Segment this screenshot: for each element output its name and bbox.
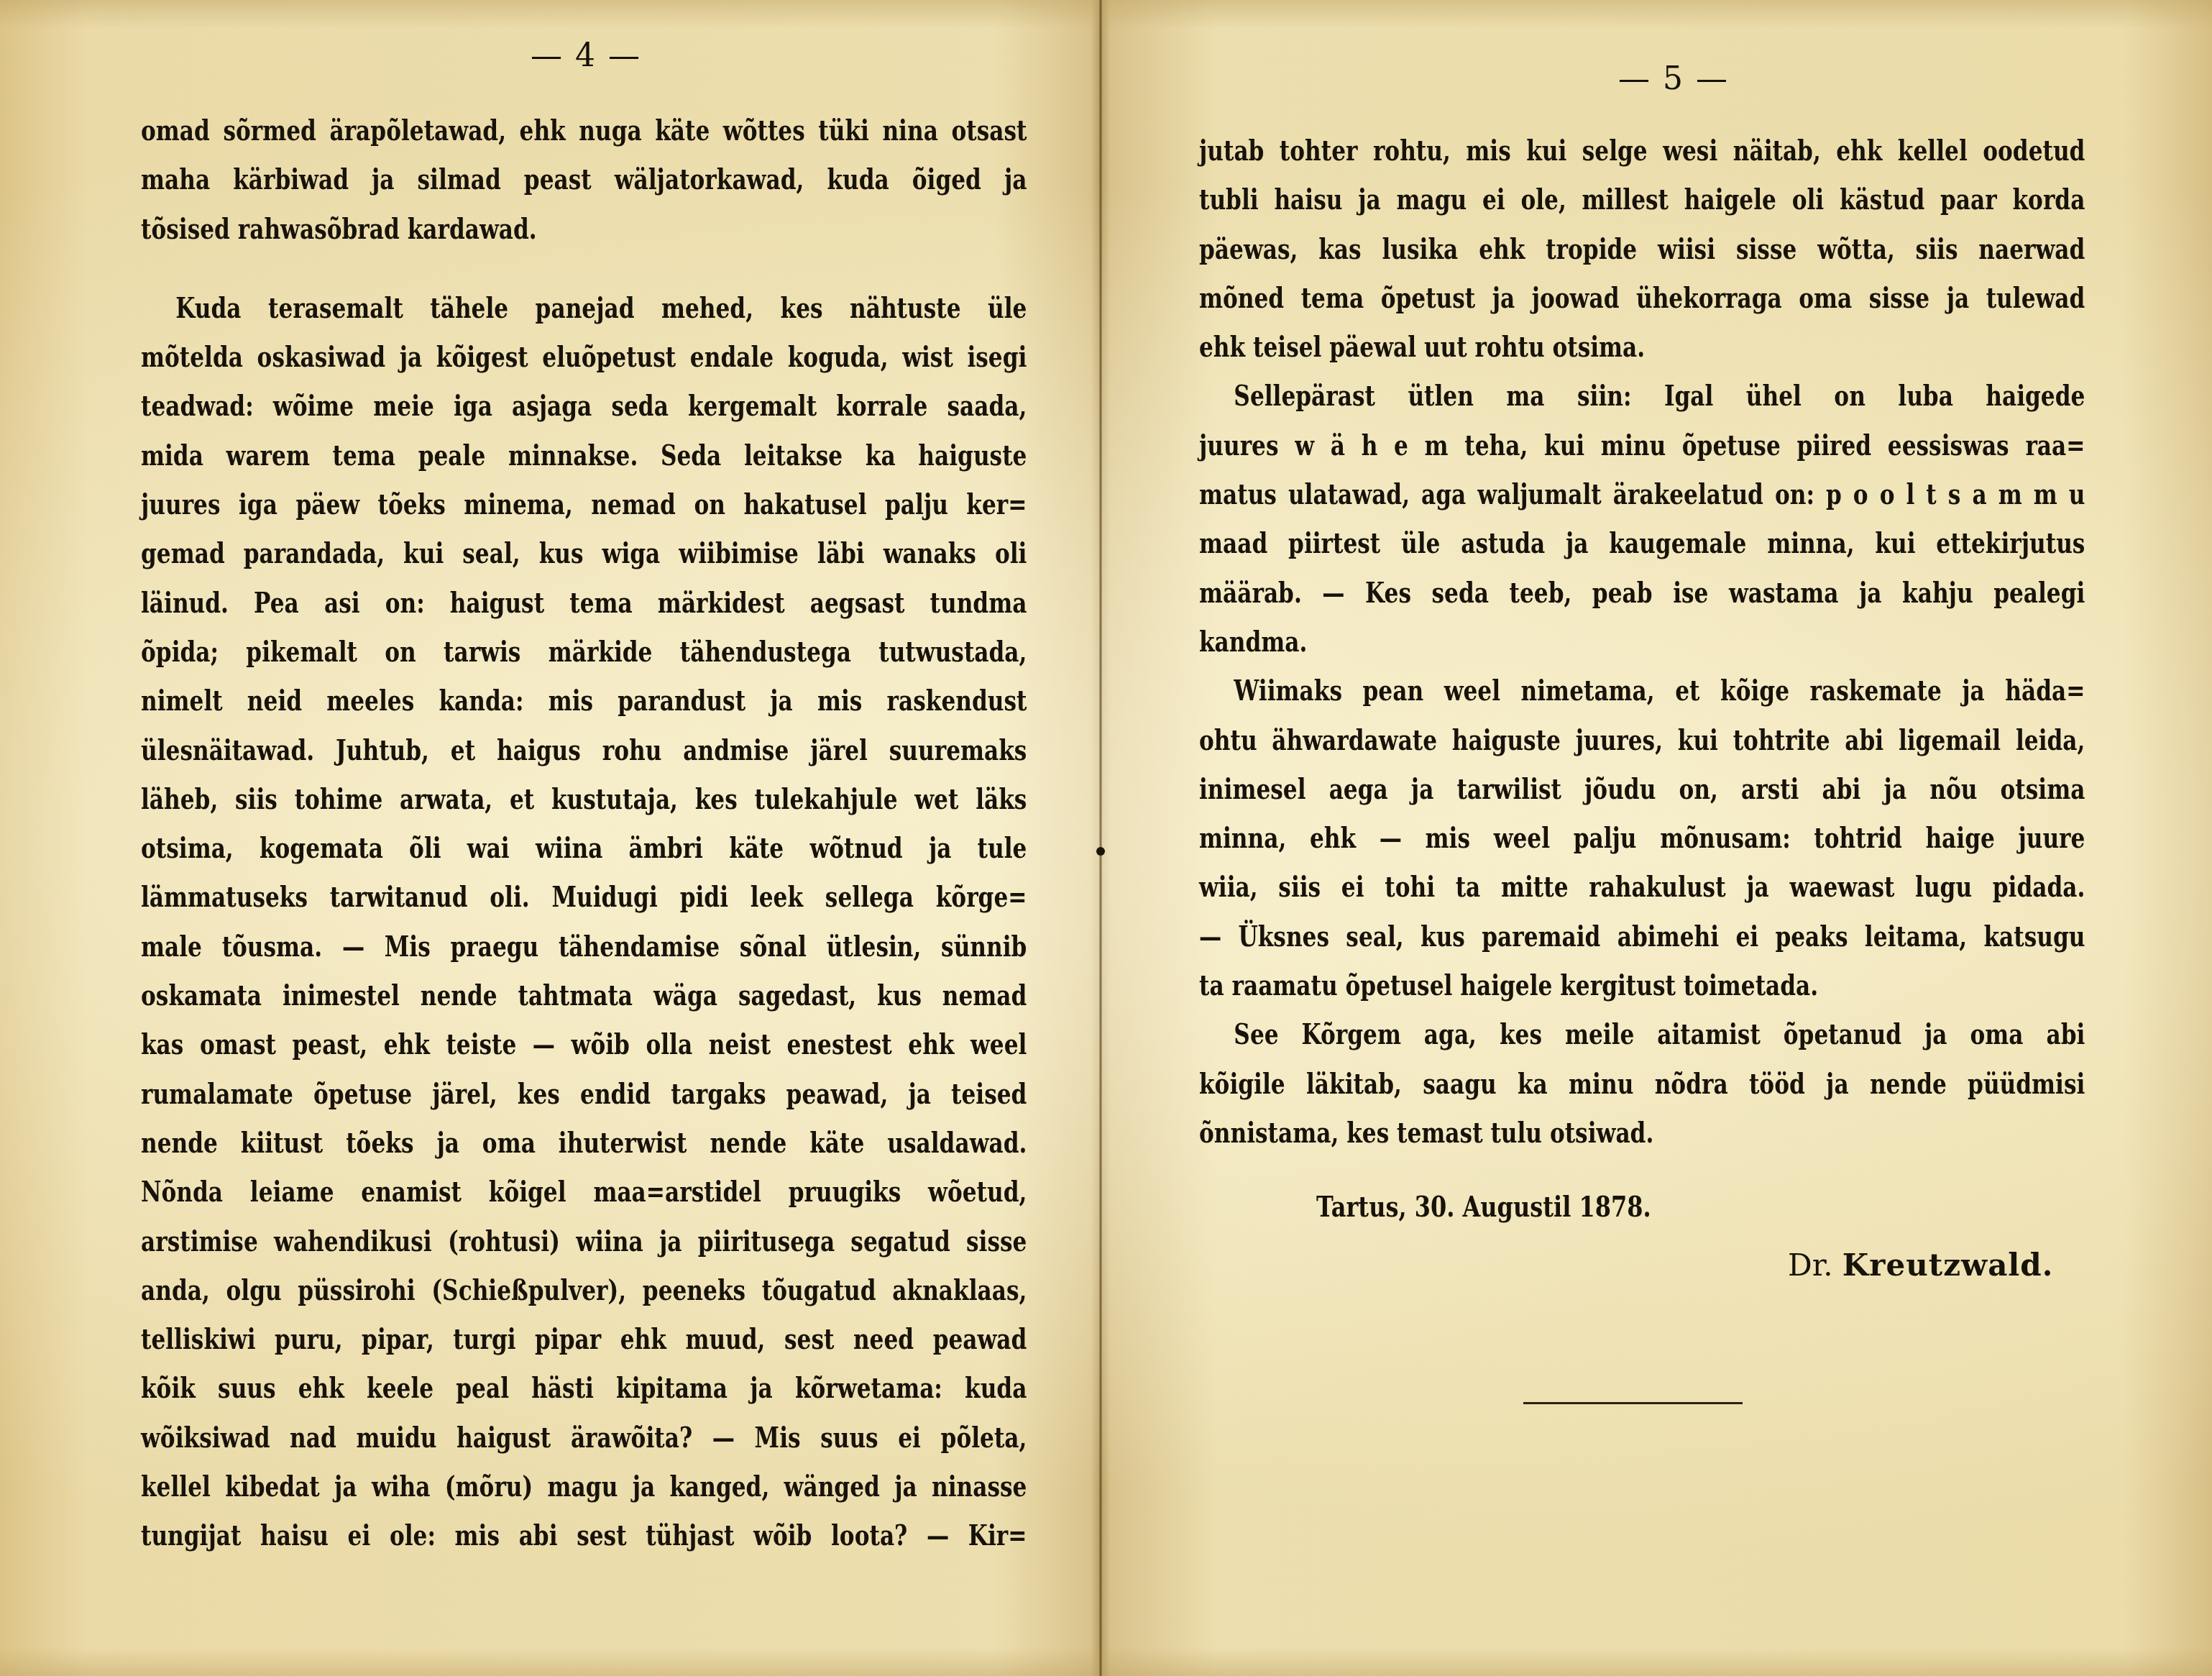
signature-name: Kreutzwald. — [1842, 1247, 2053, 1283]
text-line: jutab tohter rohtu, mis kui selge wesi n… — [1199, 127, 2085, 175]
text-line: lämmatuseks tarwitanud oli. Muidugi pidi… — [141, 873, 1027, 922]
text-line: ta raamatu õpetusel haigele kergitust to… — [1199, 961, 2085, 1010]
text-line: tungijat haisu ei ole: mis abi sest tühj… — [141, 1511, 1027, 1560]
text-line: matus ulatawad, aga waljumalt ärakeelatu… — [1199, 470, 2085, 519]
text-line: anda, olgu püssirohi (Schießpulver), pee… — [141, 1266, 1027, 1315]
text-line: tõsised rahwasõbrad kardawad. — [141, 205, 1027, 254]
text-line: male tõusma. — Mis praegu tähendamise sõ… — [141, 922, 1027, 971]
text-line: ülesnäitawad. Juhtub, et haigus rohu and… — [141, 726, 1027, 775]
text-line: kandma. — [1199, 618, 2085, 667]
page-number-right: — 5 — — [1591, 60, 1756, 97]
text-line: kas omast peast, ehk teiste — wõib olla … — [141, 1020, 1027, 1069]
text-line: wiia, siis ei tohi ta mitte rahakulust j… — [1199, 863, 2085, 912]
text-line: õpida; pikemalt on tarwis märkide tähend… — [141, 628, 1027, 677]
text-line: — Üksnes seal, kus paremaid abimehi ei p… — [1199, 912, 2085, 961]
text-line: läinud. Pea asi on: haigust tema märkide… — [141, 579, 1027, 628]
dateline: Tartus, 30. Augustil 1878. — [1316, 1190, 1651, 1224]
text-line: omad sõrmed ärapõletawad, ehk nuga käte … — [141, 106, 1027, 155]
right-page-text: jutab tohter rohtu, mis kui selge wesi n… — [1199, 127, 2085, 1158]
left-page-text: omad sõrmed ärapõletawad, ehk nuga käte … — [141, 106, 1027, 1561]
text-line: määrab. — Kes seda teeb, peab ise wastam… — [1199, 569, 2085, 618]
text-line: läheb, siis tohime arwata, et kustutaja,… — [141, 775, 1027, 824]
text-line: nimelt neid meeles kanda: mis parandust … — [141, 677, 1027, 725]
book-spread: — 4 — omad sõrmed ärapõletawad, ehk nuga… — [0, 0, 2212, 1676]
text-line: Nõnda leiame enamist kõigel maa=arstidel… — [141, 1168, 1027, 1217]
left-page: — 4 — omad sõrmed ärapõletawad, ehk nuga… — [0, 0, 1100, 1676]
text-line: teadwad: wõime meie iga asjaga seda kerg… — [141, 382, 1027, 431]
text-line: nende kiitust tõeks ja oma ihuterwist ne… — [141, 1119, 1027, 1168]
text-line: mida warem tema peale minnakse. Seda lei… — [141, 431, 1027, 480]
text-line: rumalamate õpetuse järel, kes endid targ… — [141, 1070, 1027, 1119]
text-line: kõigile läkitab, saagu ka minu nõdra töö… — [1199, 1060, 2085, 1109]
text-line: kellel kibedat ja wiha (mõru) magu ja ka… — [141, 1462, 1027, 1511]
text-line: maad piirtest üle astuda ja kaugemale mi… — [1199, 519, 2085, 568]
signature-title: Dr. — [1788, 1247, 1833, 1283]
text-line: mõned tema õpetust ja joowad ühekorraga … — [1199, 274, 2085, 323]
text-line: juures iga päew tõeks minema, nemad on h… — [141, 480, 1027, 529]
text-line: ehk teisel päewal uut rohtu otsima. — [1199, 323, 2085, 372]
text-line: minna, ehk — mis weel palju mõnusam: toh… — [1199, 814, 2085, 863]
paragraph-start-line: Wiimaks pean weel nimetama, et kõige ras… — [1199, 667, 2085, 715]
text-line: arstimise wahendikusi (rohtusi) wiina ja… — [141, 1217, 1027, 1266]
paragraph-start-line: Sellepärast ütlen ma siin: Igal ühel on … — [1199, 372, 2085, 421]
text-line: oskamata inimestel nende tahtmata wäga s… — [141, 971, 1027, 1020]
text-line: tubli haisu ja magu ei ole, millest haig… — [1199, 175, 2085, 224]
text-line: inimesel aega ja tarwilist jõudu on, ars… — [1199, 765, 2085, 814]
text-line: wõiksiwad nad muidu haigust ärawõita? — … — [141, 1414, 1027, 1462]
text-line: otsima, kogemata õli wai wiina ämbri kät… — [141, 824, 1027, 873]
text-line: juures w ä h e m teha, kui minu õpetuse … — [1199, 421, 2085, 470]
paragraph-start-line: Kuda terasemalt tähele panejad mehed, ke… — [141, 284, 1027, 333]
text-line: telliskiwi puru, pipar, turgi pipar ehk … — [141, 1315, 1027, 1364]
text-line: mõtelda oskasiwad ja kõigest eluõpetust … — [141, 333, 1027, 382]
text-line: õnnistama, kes temast tulu otsiwad. — [1199, 1109, 2085, 1158]
closing-rule — [1523, 1402, 1743, 1404]
text-line: maha kärbiwad ja silmad peast wäljatorka… — [141, 155, 1027, 204]
text-line: kõik suus ehk keele peal hästi kipitama … — [141, 1364, 1027, 1413]
right-page: — 5 — jutab tohter rohtu, mis kui selge … — [1102, 0, 2212, 1676]
paragraph-start-line: See Kõrgem aga, kes meile aitamist õpeta… — [1199, 1010, 2085, 1059]
page-number-left: — 4 — — [503, 37, 669, 74]
text-line: gemad parandada, kui seal, kus wiga wiib… — [141, 529, 1027, 578]
signature: Dr. Kreutzwald. — [1788, 1247, 2053, 1283]
text-line: päewas, kas lusika ehk tropide wiisi sis… — [1199, 225, 2085, 274]
text-line: ohtu ähwardawate haiguste juures, kui to… — [1199, 716, 2085, 765]
